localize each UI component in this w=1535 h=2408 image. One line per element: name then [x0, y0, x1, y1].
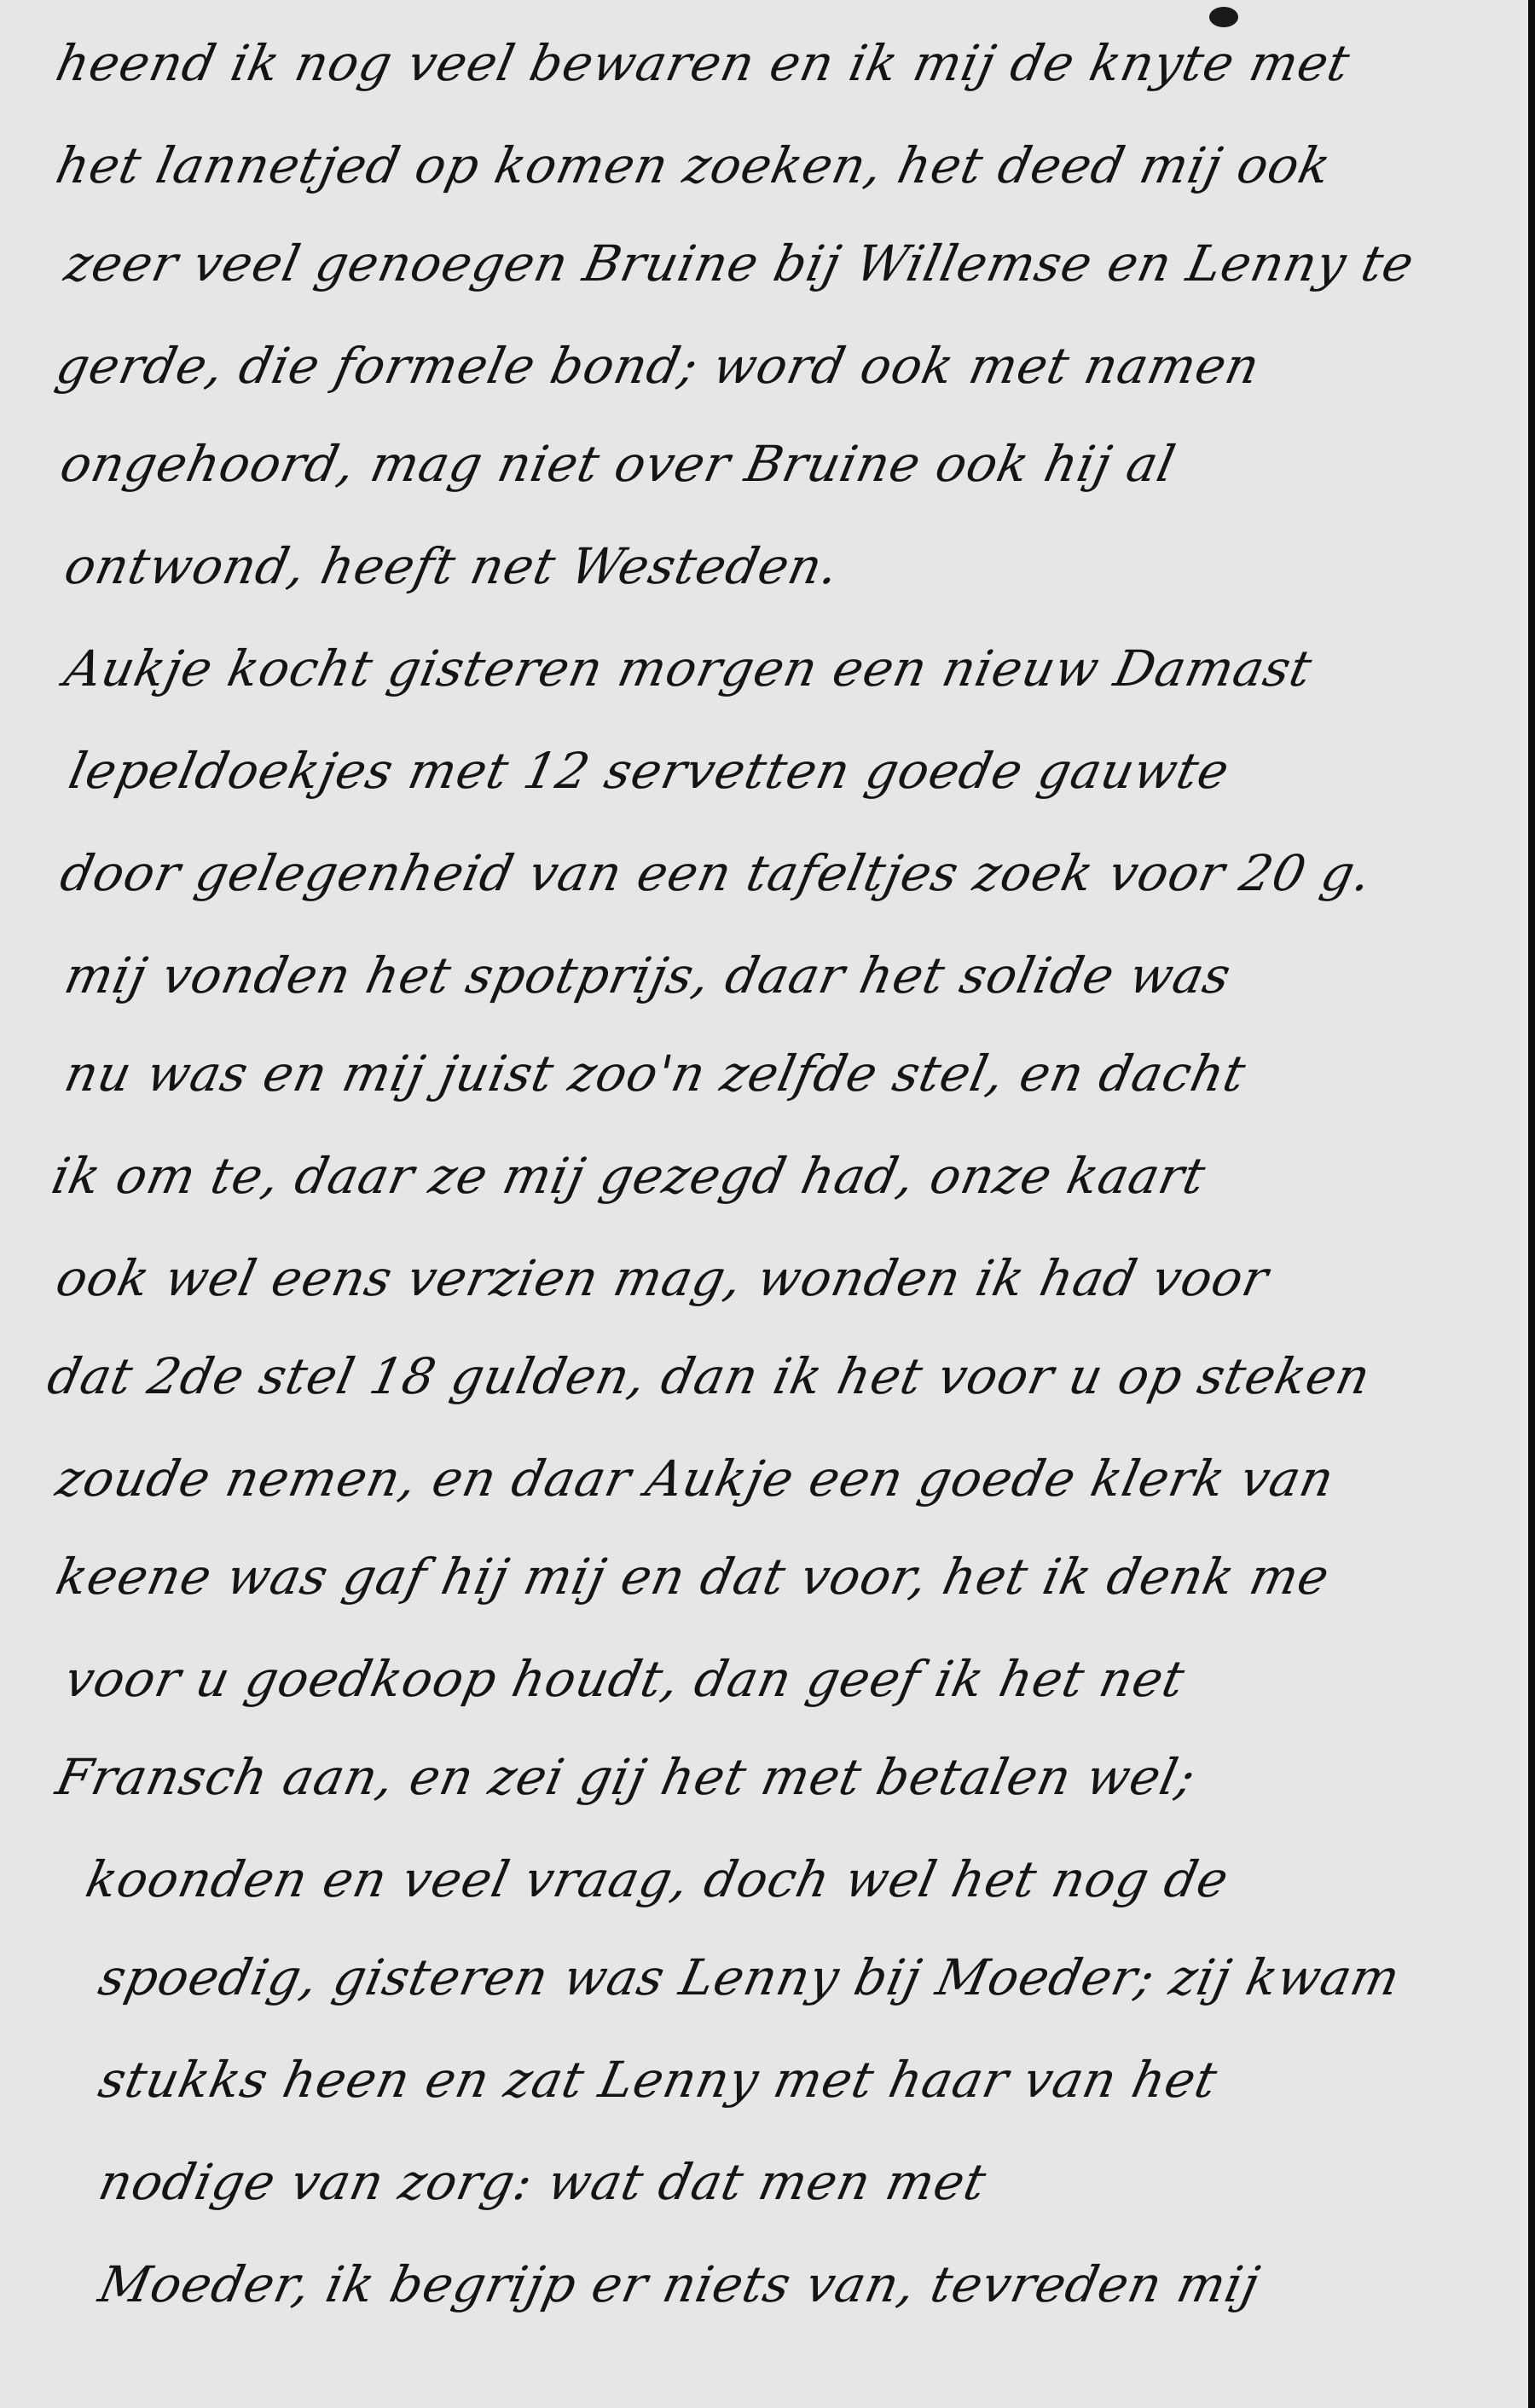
handwritten-line: gerde, die formele bond; word ook met na… [51, 337, 1266, 395]
handwritten-line: stukks heen en zat Lenny met haar van he… [94, 2051, 1223, 2109]
handwritten-line: lepeldoekjes met 12 servetten goede gauw… [64, 742, 1235, 800]
handwritten-line: keene was gaf hij mij en dat voor, het i… [51, 1548, 1335, 1606]
handwritten-line: zeer veel genoegen Bruine bij Willemse e… [60, 234, 1420, 292]
handwritten-line: voor u goedkoop houdt, dan geef ik het n… [60, 1650, 1190, 1708]
handwritten-line: Fransch aan, en zei gij het met betalen … [51, 1748, 1201, 1806]
handwritten-line: koonden en veel vraag, doch wel het nog … [81, 1850, 1234, 1908]
handwritten-line: ontwond, heeft net Westeden. [60, 537, 844, 595]
letter-page: heend ik nog veel bewaren en ik mij de k… [0, 0, 1528, 2408]
handwritten-line: nu was en mij juist zoo'n zelfde stel, e… [60, 1045, 1251, 1103]
handwritten-line: heend ik nog veel bewaren en ik mij de k… [51, 34, 1355, 92]
handwritten-line: Moeder, ik begrijp er niets van, tevrede… [94, 2255, 1265, 2313]
handwritten-line: ongehoord, mag niet over Bruine ook hij … [55, 435, 1181, 493]
handwritten-line: zoude nemen, en daar Aukje een goede kle… [51, 1450, 1340, 1508]
handwritten-line: Aukje kocht gisteren morgen een nieuw Da… [60, 640, 1318, 698]
handwritten-line: nodige van zorg: wat dat men met [94, 2153, 992, 2211]
ink-blot [1209, 7, 1238, 27]
handwritten-line: mij vonden het spotprijs, daar het solid… [60, 946, 1237, 1004]
page-edge-border [1528, 0, 1535, 2408]
handwritten-line: ook wel eens verzien mag, wonden ik had … [51, 1249, 1274, 1307]
handwritten-line: door gelegenheid van een tafeltjes zoek … [55, 844, 1377, 902]
handwritten-line: het lannetjed op komen zoeken, het deed … [51, 136, 1336, 194]
handwritten-line: spoedig, gisteren was Lenny bij Moeder; … [94, 1948, 1405, 2006]
handwritten-line: ik om te, daar ze mij gezegd had, onze k… [47, 1147, 1211, 1205]
handwritten-line: dat 2de stel 18 gulden, dan ik het voor … [43, 1347, 1376, 1405]
